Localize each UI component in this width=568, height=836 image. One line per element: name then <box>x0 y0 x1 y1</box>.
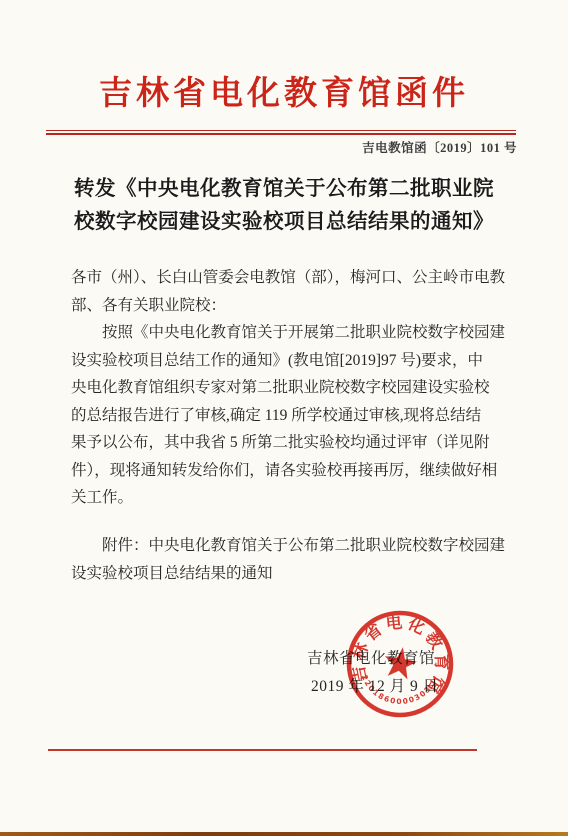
body-line: 关工作。 <box>71 484 518 512</box>
body-line: 央电化教育馆组织专家对第二批职业院校数字校园建设实验校 <box>71 374 518 402</box>
body-line: 件），现将通知转发给你们，请各实验校再接再厉，继续做好相 <box>71 457 518 485</box>
body-line: 按照《中央电化教育馆关于开展第二批职业院校数字校园建 <box>71 319 518 347</box>
seal-star-icon <box>382 644 419 680</box>
body-line: 部、各有关职业院校： <box>71 292 518 320</box>
attachment-line1: 附件：中央电化教育馆关于公布第二批职业院校数字校园建 <box>71 532 518 560</box>
letterhead-divider-rule <box>46 130 516 135</box>
body-line: 果予以公布，其中我省 5 所第二批实验校均通过评审（详见附 <box>71 429 518 457</box>
notice-title-line2: 校数字校园建设实验校项目总结结果的通知》 <box>30 206 538 239</box>
notice-title: 转发《中央电化教育馆关于公布第二批职业院 校数字校园建设实验校项目总结结果的通知… <box>30 173 538 239</box>
scanned-letter-page: 吉林省电化教育馆函件 吉电教馆函〔2019〕101 号 转发《中央电化教育馆关于… <box>0 0 568 836</box>
official-red-seal: 吉林省电化教育馆 2201860000303 <box>319 583 481 745</box>
body-line: 的总结报告进行了审核,确定 119 所学校通过审核,现将总结结 <box>71 402 518 430</box>
attachment-line2: 设实验校项目总结结果的通知 <box>71 560 518 588</box>
notice-body: 各市（州）、长白山管委会电教馆（部），梅河口、公主岭市电教 部、各有关职业院校：… <box>71 264 518 512</box>
scan-page-bottom-edge <box>0 832 568 836</box>
footer-divider-rule <box>48 749 477 751</box>
body-line: 设实验校项目总结工作的通知》(教电馆[2019]97 号)要求，中 <box>71 347 518 375</box>
attachment-note: 附件：中央电化教育馆关于公布第二批职业院校数字校园建 设实验校项目总结结果的通知 <box>71 532 518 587</box>
letterhead-org-title: 吉林省电化教育馆函件 <box>0 74 568 114</box>
document-reference-number: 吉电教馆函〔2019〕101 号 <box>362 138 517 156</box>
body-line: 各市（州）、长白山管委会电教馆（部），梅河口、公主岭市电教 <box>71 264 518 292</box>
notice-title-line1: 转发《中央电化教育馆关于公布第二批职业院 <box>30 173 538 206</box>
